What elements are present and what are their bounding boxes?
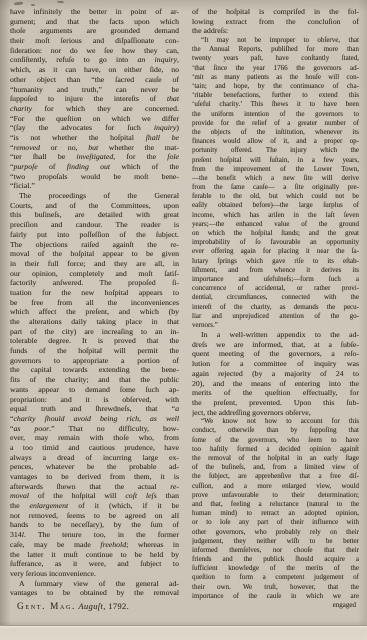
text-line: conduct, otherwiſe than by ſuppoſing tha…: [192, 426, 359, 435]
text-line: the uniform intention of the governors t…: [192, 110, 359, 119]
issue-month: Auguſt,: [79, 602, 106, 611]
text-line: twenty years paſt, have conſtantly ſtate…: [192, 54, 359, 63]
text-line: fits of the charity; and that the public: [10, 375, 179, 385]
text-line: the removal of the hoſpital in an early …: [192, 454, 359, 463]
text-line: The proceedings of the General: [10, 191, 179, 201]
text-line: lowing extract from the concluſion of: [192, 17, 359, 27]
text-line: judgement, they neither wiſh to be bette…: [192, 537, 359, 546]
text-line: Courts, and of the Committees, upon: [10, 201, 179, 211]
text-line: —the benefit which a new ſite will deriv…: [192, 174, 359, 183]
text-line: ferable to the old, but which could not …: [192, 192, 359, 201]
text-line: moval of the hoſpital appear to be given: [10, 249, 179, 259]
text-line: hands to be neceſſary), by the ſum of: [10, 520, 179, 530]
text-line: from the ſame cauſe— a ſite originally p…: [192, 183, 359, 192]
text-line: tuation for the new hoſpital appears to: [10, 288, 179, 298]
ink-speck: [14, 1, 23, 5]
text-line: which, as it can have, on either ſide, n…: [10, 65, 179, 75]
text-line: intereſt of the charity, as demands the …: [192, 303, 359, 312]
text-line: the capital towards extending the bene-: [10, 365, 179, 375]
text-line: ‘mit as many patients as the houſe will …: [192, 73, 359, 82]
text-line: dential, circumſtances, connected with t…: [192, 293, 359, 302]
left-column: have infinitely the better in point of a…: [10, 7, 179, 611]
text-line: have infinitely the better in point of a…: [10, 7, 179, 17]
text-line: portunity offered. The injury which the: [192, 146, 359, 155]
text-line: informed themſelves, nor chooſe that the…: [192, 546, 359, 555]
text-line: “ter ſhall be inveſtigated, for the ſole: [10, 152, 179, 162]
text-line: lutary ſprings which gave riſe to its eſ…: [192, 257, 359, 266]
text-line: “humanity and truth,” can never be: [10, 85, 179, 95]
text-line: the alterations daily taking place in th…: [10, 317, 179, 327]
text-line: other object than “the ſacred cauſe of: [10, 75, 179, 85]
text-line: The objections raiſed againſt the re-: [10, 240, 179, 250]
left-column-lines: have infinitely the better in point of a…: [10, 7, 179, 598]
text-line: too haſtily formed a decided opinion aga…: [192, 445, 359, 454]
text-line: “as poor.” That no difficulty, how-: [10, 424, 179, 434]
text-line: “(ſay the advocates for ſuch inquiry): [10, 123, 179, 133]
text-line: equal truth and ſhrewdneſs, that “a: [10, 404, 179, 414]
text-line: other governors, who probably rely on th…: [192, 528, 359, 537]
text-line: liar and unprejudiced attention of the g…: [192, 312, 359, 321]
text-line: ‘uſeful charity.’ This ſhews it to have …: [192, 100, 359, 109]
text-line: queſtion to form a competent judgement o…: [192, 573, 359, 582]
text-line: the preſent, prevented. Upon this ſub-: [192, 398, 359, 408]
text-line: caſe, may be made freehold; whereas in: [10, 540, 179, 550]
right-column: of the hoſpital is compriſed in the fol-…: [192, 7, 359, 610]
text-line: their own. We truſt, however, that the: [192, 583, 359, 592]
text-line: dreſs we are informed, that, at a ſubſe-: [192, 340, 359, 350]
text-line: merits of the queſtion effectually, for: [192, 388, 359, 398]
text-line: 314l. The tenure too, in the former: [10, 530, 179, 540]
text-line: income, which has ariſen in the laſt ſev…: [192, 211, 359, 220]
text-line: on which the hoſpital ſtands; and the gr…: [192, 229, 359, 238]
text-line: thoſe arguments are grounded demand: [10, 26, 179, 36]
text-line: the objects of the inſtitution, whenever…: [192, 128, 359, 137]
scanned-magazine-page: have infinitely the better in point of a…: [0, 0, 367, 640]
text-line: ſufferance, as it were, and ſubject to: [10, 559, 179, 569]
text-line: ſuppoſed to injure the intereſts of that: [10, 94, 179, 104]
text-line: ever offering again for placing it near …: [192, 247, 359, 256]
text-line: vantages to be obtained by the removal: [10, 588, 179, 598]
right-column-lines: of the hoſpital is compriſed in the fol-…: [192, 7, 359, 601]
issue-year: 1792.: [108, 602, 129, 611]
text-line: friends and the publick ſhould acquire a: [192, 555, 359, 564]
text-line: ſideration: nor do we ſee how they can,: [10, 46, 179, 56]
text-line: a too timid and cautious prudence, have: [10, 443, 179, 453]
text-line: the Annual Reports, publiſhed for more t…: [192, 45, 359, 54]
text-line: preciſion and candour. The reader is: [10, 220, 179, 230]
text-line: very ſerious inconvenience.: [10, 569, 179, 579]
text-line: gument; and that the facts upon which: [10, 17, 179, 27]
text-line: “is not whether the hoſpital ſhall be: [10, 133, 179, 143]
text-line: importance and uſefulneſs;—form ſuch a: [192, 275, 359, 284]
text-line: moval of the hoſpital will coſt leſs tha…: [10, 491, 179, 501]
text-line: pences, whatever be the probable ad-: [10, 462, 179, 472]
text-line: this buſineſs, are detailed with great: [10, 210, 179, 220]
text-line: afterwards ſhewn that the actual re-: [10, 482, 179, 492]
text-line: quent meeting of the governors, a reſo-: [192, 349, 359, 359]
text-line: years;—the enhanced value of the ground: [192, 220, 359, 229]
text-line: tolerable degree. It is proved that the: [10, 336, 179, 346]
text-line: and that, feeling a reluctance (natural …: [192, 500, 359, 509]
page-bottom-edge: [0, 625, 367, 640]
text-line: ever, may remain with thoſe who, from: [10, 433, 179, 443]
text-line: human mind) to retract an adopted opinio…: [192, 509, 359, 518]
text-line: vernors.”: [192, 321, 359, 330]
text-line: provide for the relief of a greater numb…: [192, 119, 359, 128]
text-line: the addreſs:: [192, 26, 359, 36]
text-line: liſhment, and from whence it derives its: [192, 266, 359, 275]
text-line: the latter it muſt continue to be held b…: [10, 550, 179, 560]
text-line: ‘ritable benefactions, further to extend…: [192, 91, 359, 100]
ink-speck: [57, 1, 64, 4]
text-line: ‘tain; and hope, by the continuance of c…: [192, 82, 359, 91]
text-line: ject, the addreſſing governors obſerve,: [192, 408, 359, 418]
text-line: eaſily obtained before)—the large ſurplu…: [192, 201, 359, 210]
text-line: their moſt ſerious and diſpaſſionate con…: [10, 36, 179, 46]
text-line: improbability of ſo favourable an opport…: [192, 238, 359, 247]
text-line: factorily anſwered. The propoſed ſi-: [10, 278, 179, 288]
text-line: prove unfavourable to their determinatio…: [192, 491, 359, 500]
text-line: conſiſtently, refuſe to go into an inqui…: [10, 55, 179, 65]
text-line: In a well-written appendix to the ad-: [192, 330, 359, 340]
text-line: importance of the cauſe in which we are: [192, 592, 359, 601]
text-line: fairly put into poſſeſſion of the ſubjec…: [10, 230, 179, 240]
text-line: part of the city) are increaſing to an i…: [10, 327, 179, 337]
text-line: or to loſe any part of their influence w…: [192, 518, 359, 527]
text-line: in their full force; and they are all, i…: [10, 259, 179, 269]
text-line: lution for a committee of inquiry was: [192, 359, 359, 369]
text-line: preſent hoſpital will ſuſtain, in a few …: [192, 156, 359, 165]
text-line: not removed, ſeems to be agreed on all: [10, 511, 179, 521]
text-line: ſome of the governors, who ſeem to have: [192, 436, 359, 445]
text-line: “We know not how to account for this: [192, 417, 359, 426]
text-line: wants appear to demand ſome ſuch ap-: [10, 385, 179, 395]
text-line: be free from all the inconveniences: [10, 298, 179, 308]
publication-footer: Gent. Mag. Auguſt, 1792.: [10, 601, 179, 611]
text-line: cuſſion, and a more enlarged view, would: [192, 482, 359, 491]
text-line: “It may not be improper to obſerve, that: [192, 36, 359, 45]
text-line: concurrence of accidental, or rather pro…: [192, 284, 359, 293]
text-line: ſufficient knowledge of the merits of th…: [192, 564, 359, 573]
catchword: engaged: [192, 601, 359, 610]
text-line: propriation: and it is obſerved, with: [10, 395, 179, 405]
text-line: again rejected (by a majority of 24 to: [192, 369, 359, 379]
text-line: which affect the preſent, and which (by: [10, 307, 179, 317]
ink-speck: [31, 4, 35, 6]
text-line: of the buſineſs, and, from a limited vie…: [192, 463, 359, 472]
text-line: A ſummary view of the general ad-: [10, 579, 179, 589]
magazine-title: Gent. Mag.: [17, 601, 76, 611]
text-line: ‘that ſince the year 1766 the governors …: [192, 64, 359, 73]
text-line: finances would allow of it, and a proper…: [192, 137, 359, 146]
text-line: our opinion, completely and moſt ſatiſ-: [10, 269, 179, 279]
text-line: 20), and the means of entering into the: [192, 379, 359, 389]
text-line: the enlargement of it (which, if it be: [10, 501, 179, 511]
text-line: the ſubject, are apprehenſive that a fre…: [192, 472, 359, 481]
text-line: “two propoſals would be moſt bene-: [10, 172, 179, 182]
text-line: “ficial.”: [10, 181, 179, 191]
text-line: vantages to be derived from them, it is: [10, 472, 179, 482]
text-line: “removed or no, but whether the mat-: [10, 143, 179, 153]
text-line: always a dread of incurring large ex-: [10, 453, 179, 463]
text-line: governors to appropriate a portion of: [10, 356, 179, 366]
text-line: of the hoſpital is compriſed in the fol-: [192, 7, 359, 17]
text-line: “For the queſtion on which we differ: [10, 114, 179, 124]
text-line: “charity ſhould avoid being rich, as wel…: [10, 414, 179, 424]
text-line: “purpoſe of finding out which of the: [10, 162, 179, 172]
text-line: from the improvement of the Lower Town,: [192, 165, 359, 174]
text-line: funds of the hoſpital will permit the: [10, 346, 179, 356]
text-line: charity for which they are concerned.: [10, 104, 179, 114]
